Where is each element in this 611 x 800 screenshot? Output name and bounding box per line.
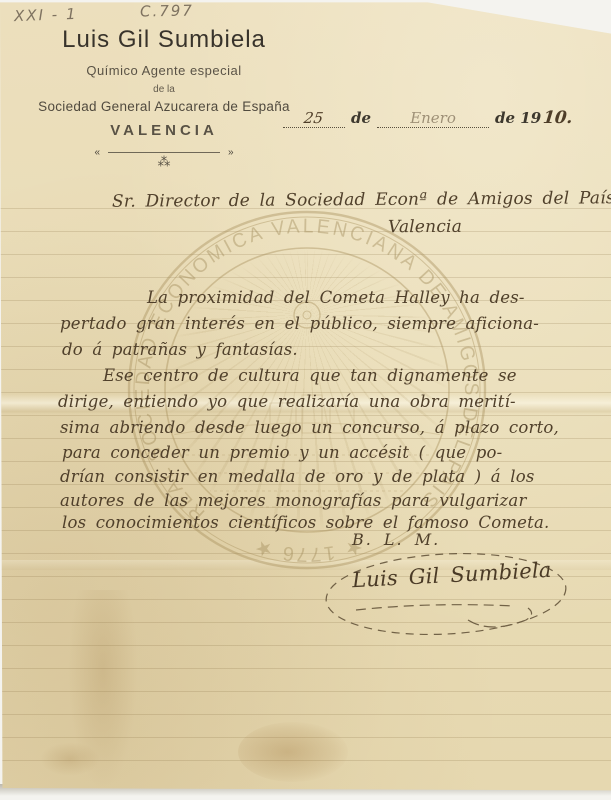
body-line: autores de las mejores monografías para … (60, 491, 527, 510)
letterhead-role: Químico Agente especial (8, 63, 320, 78)
letter-sheet: REAL SOCIEDAD ECONOMICA VALENCIANA DE AM… (0, 0, 611, 800)
body-line: drían consistir en medalla de oro y de p… (60, 467, 535, 486)
body-line: La proximidad del Cometa Halley ha des- (147, 288, 525, 307)
body-line: dirige, entiendo yo que realizaría una o… (58, 392, 516, 411)
letterhead-ornament: «» ⁂ (8, 147, 320, 167)
letterhead-name: Luis Gil Sumbiela (8, 26, 320, 54)
body-line: para conceder un premio y un accésit ( q… (62, 443, 502, 462)
date-day-blank: 25 (283, 109, 345, 128)
date-month-blank: Enero (377, 109, 489, 128)
closing-formula: B. L. M. (352, 530, 440, 549)
archive-mark-left: XXI - 1 (14, 5, 78, 25)
archive-mark-right: C.797 (140, 2, 194, 21)
salutation-city: Valencia (388, 217, 462, 238)
date-de-printed: de (351, 109, 371, 127)
ornament-asterism-icon: ⁂ (158, 154, 171, 170)
date-day-value: 25 (303, 109, 325, 127)
salutation-recipient: Sr. Director de la Sociedad Econª de Ami… (112, 188, 611, 212)
paper-stain-small (40, 742, 100, 776)
body-line: pertado gran interés en el público, siem… (60, 314, 539, 333)
date-month-value: Enero (410, 109, 456, 127)
letterhead-connector: de la (8, 84, 320, 95)
ornament-rule (108, 152, 220, 153)
paper-stain-blob (238, 722, 348, 782)
ornament-right-icon: » (228, 147, 234, 158)
body-line: los conocimientos científicos sobre el f… (62, 513, 549, 532)
date-line: 25 de Enero de 19 10. (283, 108, 573, 128)
letterhead: Luis Gil Sumbiela Químico Agente especia… (8, 26, 320, 167)
date-year-value: 10. (542, 108, 574, 128)
letterhead-city: VALENCIA (8, 122, 320, 139)
body-line: sima abriendo desde luego un concurso, á… (60, 418, 559, 437)
ornament-left-icon: « (94, 147, 100, 158)
date-de19-printed: de 19 (495, 109, 541, 127)
body-line: do á patrañas y fantasías. (62, 340, 298, 359)
letterhead-company: Sociedad General Azucarera de España (8, 99, 320, 114)
body-line: Ese centro de cultura que tan dignamente… (103, 366, 517, 385)
